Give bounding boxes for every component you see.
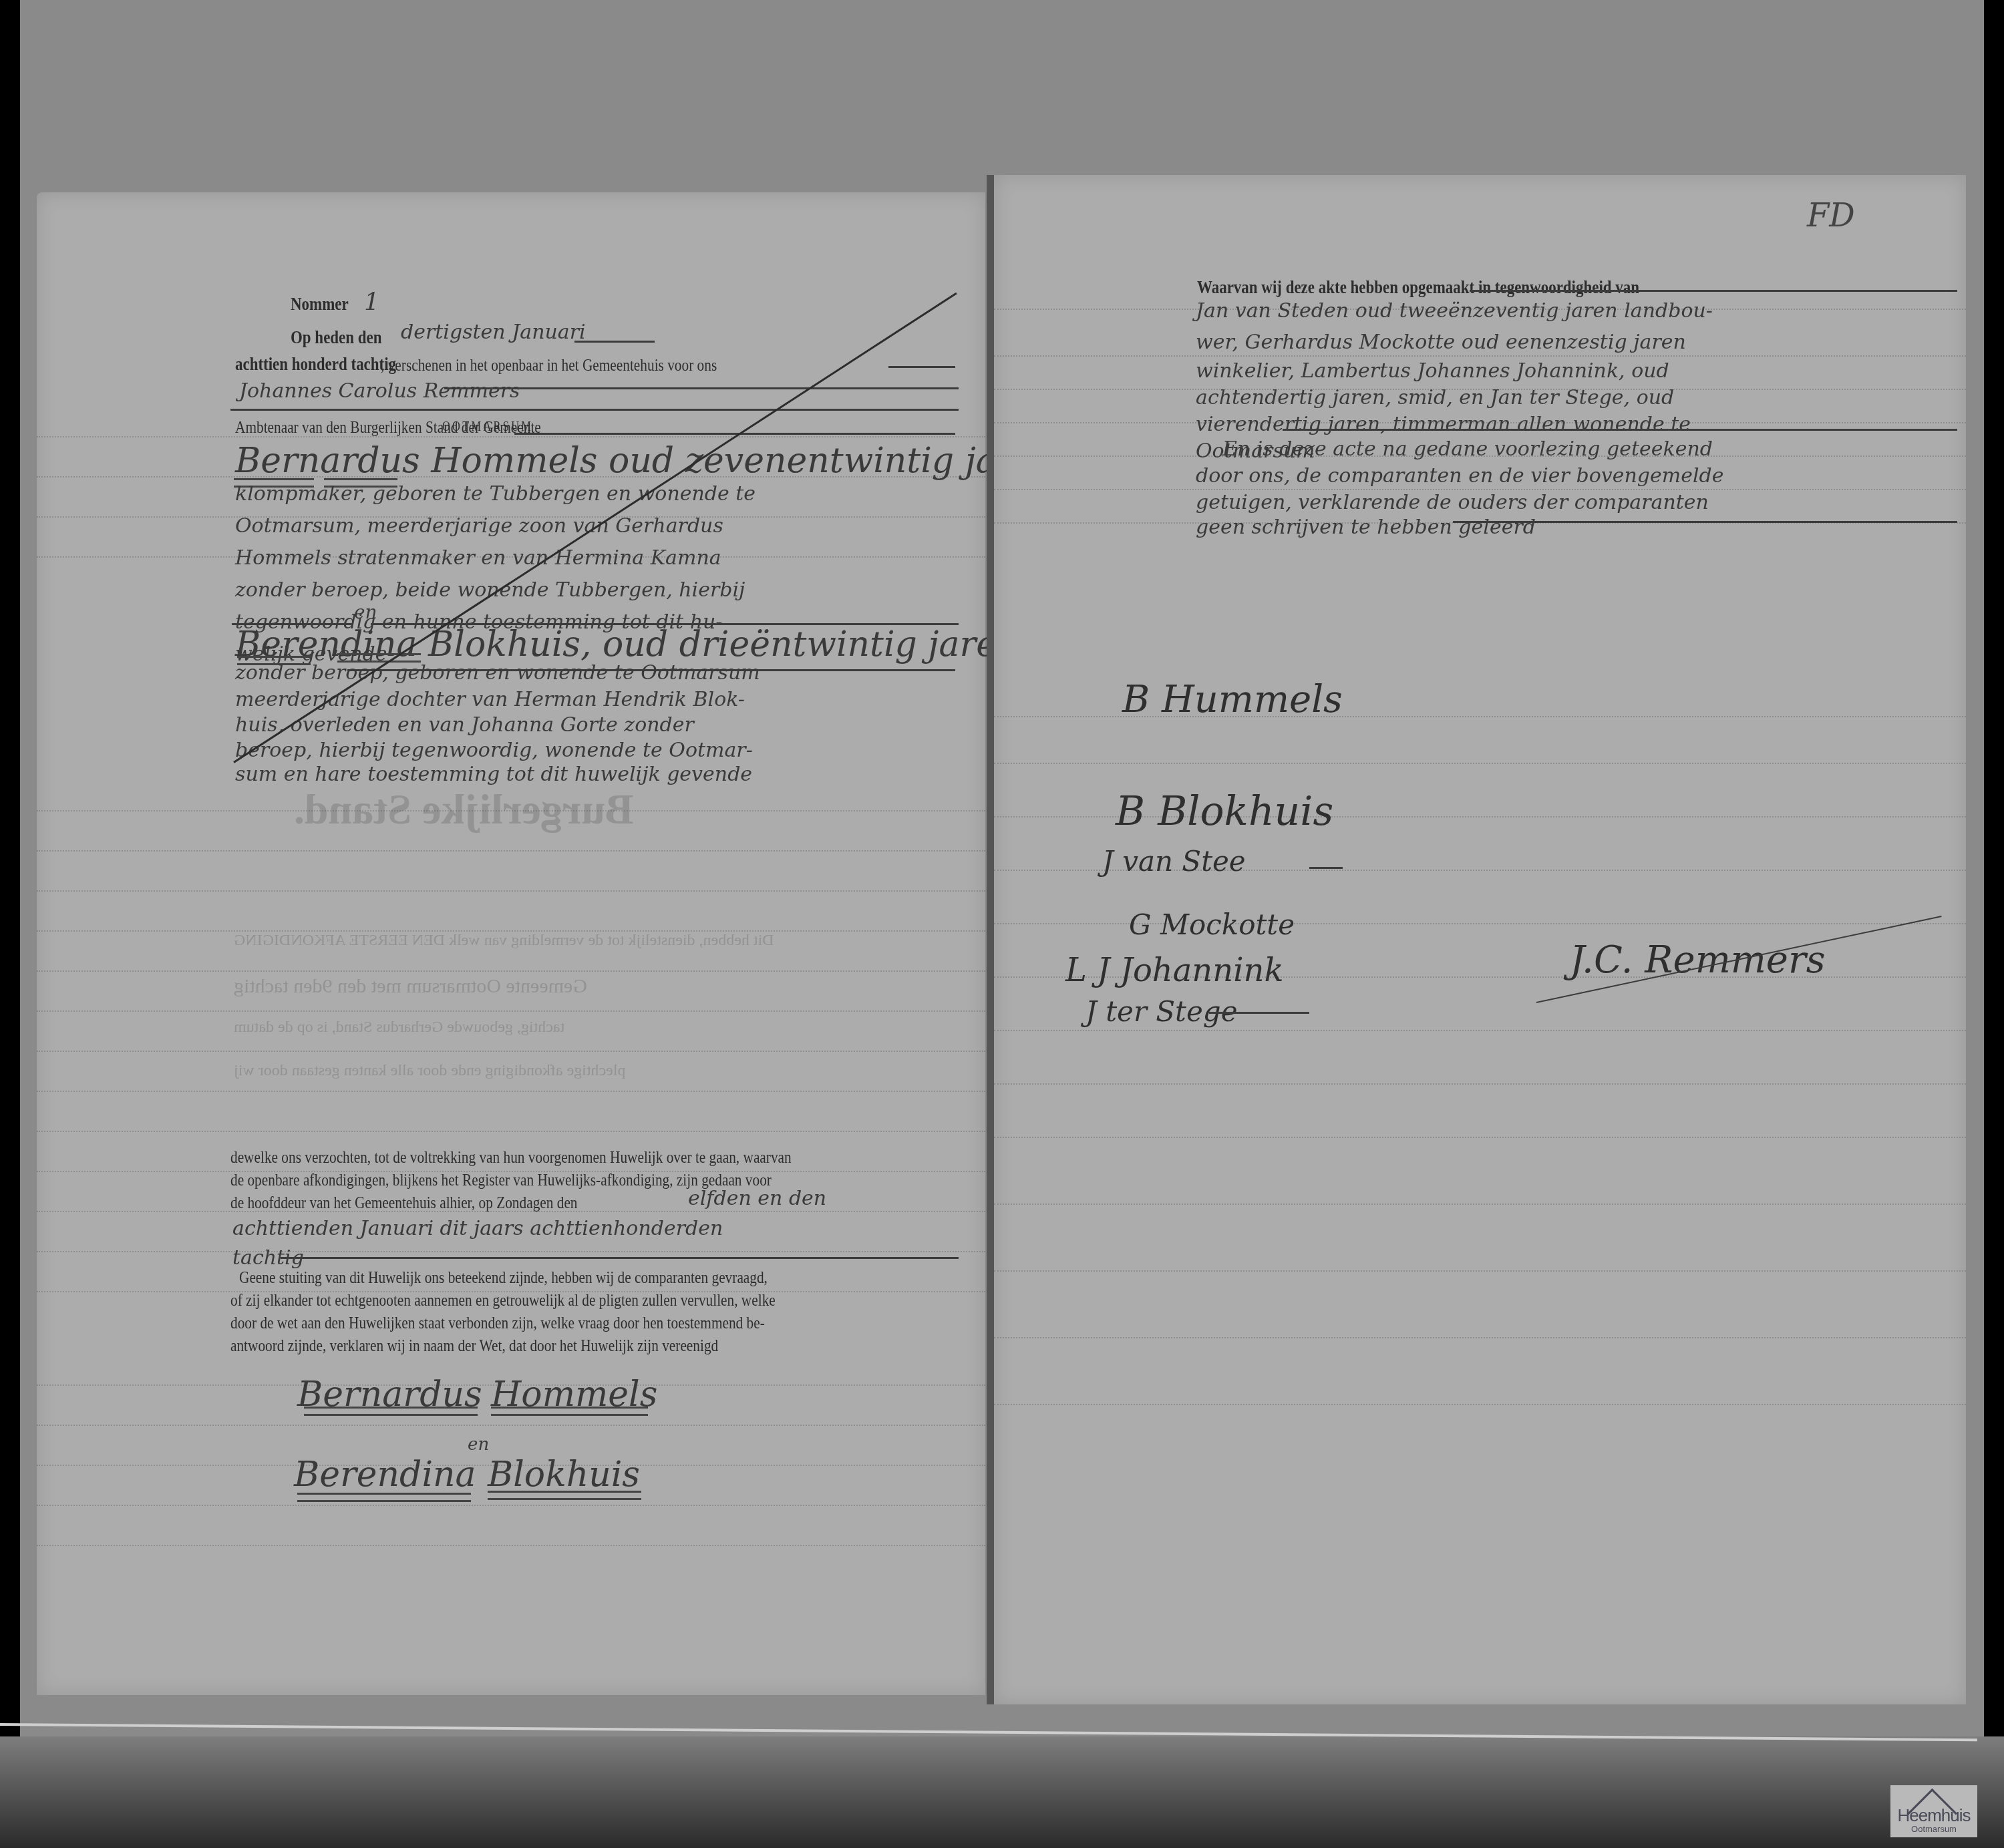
name-underline [304, 1407, 478, 1416]
watermark-brand: Heemhuis [1890, 1805, 1977, 1826]
reading-line: door ons, de comparanten en de vier bove… [1196, 464, 1723, 488]
witness-line: wer, Gerhardus Mockotte oud eenenzestig … [1196, 331, 1686, 354]
op-heden-label: Op heden den [291, 327, 382, 349]
scanner-bottom-edge [0, 1736, 2004, 1848]
official-name-handwritten: Johannes Carolus Remmers [239, 379, 520, 403]
bleed-through-heading: Burgerlijke Stand. [294, 785, 633, 834]
fill-line [1470, 290, 1957, 292]
printed-paragraph-line: door de wet aan den Huwelijken staat ver… [230, 1313, 765, 1333]
bleed-through-line: Gemeente Ootmarsum met den 9den tachtig [234, 975, 587, 998]
ruled-line [994, 1270, 1966, 1272]
reading-line: getuigen, verklarende de ouders der comp… [1196, 491, 1709, 514]
bride-line: sum en hare toestemming tot dit huwelijk… [235, 763, 752, 786]
fill-line [888, 366, 955, 368]
witness-line: vierendertig jaren, timmerman allen wone… [1196, 413, 1691, 436]
witness-line: achtendertig jaren, smid, en Jan ter Ste… [1196, 386, 1674, 409]
groom-line: zonder beroep, beide wonende Tubbergen, … [235, 578, 745, 602]
groom-line: Bernardus Hommels oud zevenentwintig jar… [235, 441, 1056, 481]
ruled-line [37, 1425, 985, 1427]
bride-line: meerderjarige dochter van Herman Hendrik… [235, 688, 745, 711]
printed-paragraph-line: of zij elkander tot echtgenooten aanneme… [230, 1290, 776, 1310]
printed-paragraph-line: de hoofddeur van het Gemeentehuis alhier… [230, 1193, 578, 1213]
bleed-through-line: tachtig, gebouwde Gerhardus Stand, is op… [234, 1019, 564, 1037]
en-connector: en [354, 601, 377, 623]
fill-line [1453, 521, 1957, 523]
reading-line: En is deze acte na gedane voorlezing get… [1222, 437, 1713, 461]
ruled-line [37, 1131, 985, 1133]
watermark-sub: Ootmarsum [1890, 1824, 1977, 1834]
printed-paragraph-line: Geene stuiting van dit Huwelijk ons bete… [239, 1268, 768, 1288]
ruled-line [994, 1204, 1966, 1206]
ruled-line [37, 1505, 985, 1507]
name-underline [491, 1407, 648, 1416]
ruled-line [37, 970, 985, 972]
ruled-line [37, 1251, 985, 1253]
fill-line [444, 387, 959, 389]
groom-line: Ootmarsum, meerderjarige zoon van Gerhar… [235, 514, 723, 538]
book-gutter [987, 175, 994, 1704]
fill-line [281, 1257, 959, 1259]
page-corner-mark: FD [1807, 197, 1855, 234]
signature-bride: B Blokhuis [1116, 788, 1333, 835]
ruled-line [37, 890, 985, 892]
date-handwritten: dertigsten Januari [401, 321, 586, 344]
reading-line: geen schrijven te hebben geleerd [1196, 516, 1536, 539]
signature-witness-2: G Mockotte [1129, 908, 1295, 941]
witness-line: winkelier, Lambertus Johannes Johannink,… [1196, 359, 1669, 383]
signature-witness-1: J van Stee [1102, 845, 1246, 878]
groom-line: klompmaker, geboren te Tubbergen en wone… [235, 482, 756, 506]
name-underline [488, 1491, 641, 1500]
bleed-through-line: Dit hebben, dienstelijk tot de vermeldin… [234, 932, 774, 950]
ruled-line [37, 850, 985, 852]
banns-date-handwritten: achttienden Januari dit jaars achttienho… [232, 1217, 723, 1240]
nommer-value: 1 [364, 289, 379, 316]
bleed-through-line: plechtige afkondiging ende door alle kan… [234, 1062, 625, 1080]
nommer-label: Nommer [291, 294, 349, 315]
appeared-printed: , verschenen in het openbaar in het Geme… [381, 355, 717, 375]
ruled-line [37, 1545, 985, 1547]
ruled-line [37, 1051, 985, 1053]
united-bride-first: Berendina [294, 1455, 476, 1495]
ruled-line [994, 763, 1966, 765]
fill-line [1283, 429, 1957, 431]
printed-paragraph-line: dewelke ons verzochten, tot de voltrekki… [230, 1147, 792, 1167]
ruled-line [37, 1091, 985, 1093]
bride-line: beroep, hierbij tegenwoordig, wonende te… [235, 739, 753, 762]
printed-paragraph-line: antwoord zijnde, verklaren wij in naam d… [230, 1336, 718, 1356]
ruled-line [994, 1137, 1966, 1139]
heemhuis-watermark: Heemhuis Ootmarsum [1890, 1785, 1977, 1837]
signature-groom: B Hummels [1122, 678, 1343, 721]
banns-date-handwritten: elfden en den [688, 1187, 826, 1210]
fill-line [574, 341, 655, 343]
ruled-line [37, 1010, 985, 1012]
signature-witness-3: L J Johannink [1065, 952, 1283, 989]
ruled-line [994, 1337, 1966, 1339]
fill-line [230, 409, 959, 411]
year-printed: achttien honderd tachtig [235, 354, 396, 375]
signature-flourish [1309, 867, 1343, 869]
signature-official: J.C. Remmers [1570, 938, 1826, 982]
bride-line: zonder beroep, geboren en wonende te Oot… [235, 661, 760, 685]
groom-line: Hommels stratenmaker en van Hermina Kamn… [235, 546, 721, 570]
witness-intro-printed: Waarvan wij deze akte hebben opgemaakt i… [1197, 277, 1639, 299]
witness-line: Jan van Steden oud tweeënzeventig jaren … [1196, 299, 1713, 323]
ruled-line [994, 355, 1966, 357]
fill-line [514, 433, 955, 435]
united-en: en [468, 1435, 489, 1455]
ruled-line [994, 1083, 1966, 1085]
signature-flourish [1209, 1012, 1309, 1014]
name-underline [297, 1493, 471, 1502]
united-bride-last: Blokhuis [488, 1455, 640, 1495]
ruled-line [994, 1030, 1966, 1032]
ruled-line [994, 1404, 1966, 1406]
